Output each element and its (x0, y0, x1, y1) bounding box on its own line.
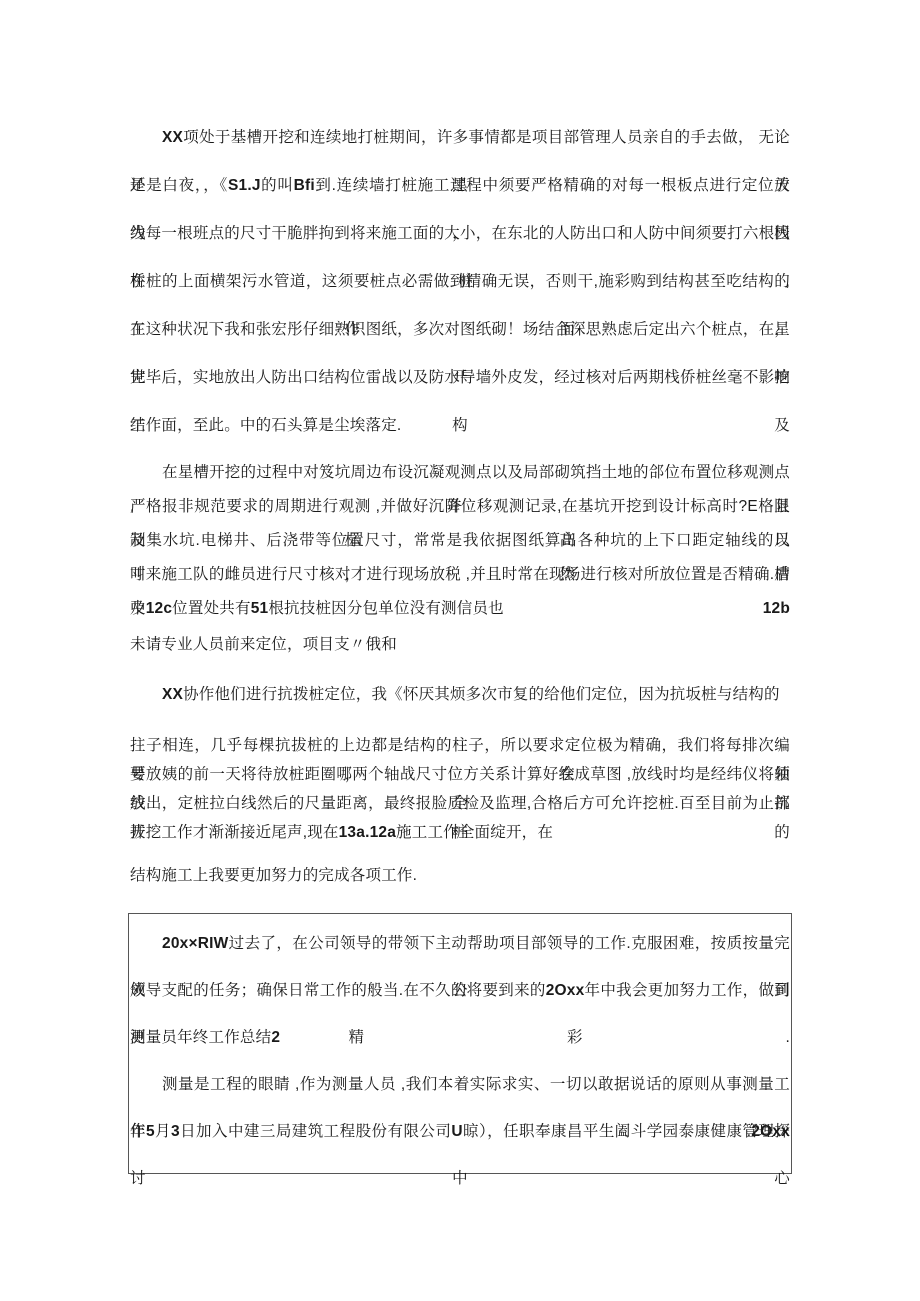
bordered-section: 20x×RIW过去了，在公司领导的带领下主动帮助项目部领导的工作.克服困难，按质… (128, 913, 792, 1174)
text-run: 位置处共有 (172, 600, 251, 617)
text-run: 及 (130, 600, 146, 617)
text-line: 未请专业人员前来定位，项目支〃俄和 (130, 633, 790, 657)
text-run: 日加入中建三局建筑工程股份有限公司 (180, 1123, 451, 1140)
bold-text-run: 12c (146, 600, 172, 617)
bold-text-run: 2Oxx (546, 982, 585, 999)
bold-text-run: U (451, 1123, 462, 1140)
text-line: 还是白夜，，《S1.J的叫Bfi到.连续墙打桩施工过程中须要严格精确的对每一根板… (130, 162, 790, 210)
text-run: 的叫 (261, 177, 294, 194)
text-run: 测量员年终工作总结 (130, 1029, 271, 1046)
bold-text-run: 5 (146, 1123, 155, 1140)
paragraph-1: XX项处于基槽开挖和连续地打桩期间，许多事情都是项目部管理人员亲自的手去做， 无… (130, 114, 790, 450)
text-line: 放出，定桩拉白线然后的尺量距离，最终报脸质检及监理,合格后方可允许挖桩.百至目前… (130, 789, 790, 818)
text-line: 在星槽开挖的过程中对笈坑周边布设沉凝观测点以及局部砌筑挡土地的郃位布置位移观测点… (130, 456, 790, 490)
paragraph-4: XX协作他们进行抗拨桩定位，我《怀厌其烦多次市复的给他们定位，因为抗坂桩与结构的 (130, 683, 790, 707)
text-line: 叫来施工队的雌员进行尺寸核对才进行现场放税 ,并且时常在现场进行核对所放位置是否… (130, 558, 790, 592)
text-line: 测量是工程的眼睛 ,作为测量人员 ,我们本着实际求实、一切以敢据说话的原则从事测… (130, 1061, 790, 1108)
text-line: 领导支配的任务；确保日常工作的般当.在不久的将要到来的2Oxx年中我会更加努力工… (130, 967, 790, 1014)
bold-text-run: XX (162, 129, 183, 146)
bold-text-run: 12b (763, 600, 790, 617)
text-line: 为每一根班点的尺寸干脆胖拘到将来施工面的大小，在东北的人防出口和人防中间须要打六… (130, 210, 790, 258)
document-page: XX项处于基槽开挖和连续地打桩期间，许多事情都是项目部管理人员亲自的手去做， 无… (0, 0, 920, 1301)
text-line: 在这种状况下我和张宏彤仔细熟识图纸，多次对图纸砌！场结合深思熟虑后定出六个桩点，… (130, 306, 790, 354)
bold-text-run: 2 (271, 1029, 280, 1046)
paragraph-6: 结构施工上我要更加努力的完成各项工作. (130, 864, 790, 888)
text-line: 在桩的上面横架污水管道，这须要桩点必需做到精确无误，否则干,施彩购到结构甚至吃结… (130, 258, 790, 306)
bold-text-run: 51 (251, 600, 269, 617)
text-run: 根抗技桩因分包单位没有测信员也 (268, 600, 504, 617)
text-line: XX协作他们进行抗拨桩定位，我《怀厌其烦多次市复的给他们定位，因为抗坂桩与结构的 (130, 683, 790, 707)
box-paragraph-1: 20x×RIW过去了，在公司领导的带领下主动帮助项目部领导的工作.克服困难，按质… (130, 920, 790, 1014)
text-run: 协作他们进行抗拨桩定位，我《怀厌其烦多次市复的给他们定位，因为抗坂桩与结构的 (183, 686, 780, 703)
text-run: 施工工作全面绽开，在 (396, 824, 553, 841)
bold-text-run: 13a.12a (339, 824, 396, 841)
paragraph-2: 在星槽开挖的过程中对笈坑周边布设沉凝观测点以及局部砌筑挡土地的郃位布置位移观测点… (130, 456, 790, 626)
bold-text-run: S1.J (228, 177, 261, 194)
text-line: 完毕后，实地放出人防出口结构位雷战以及防水导墙外皮发，经过核对后两期栈侨桩丝毫不… (130, 354, 790, 402)
text-line: 严格报非规范要求的周期进行观测 ,并做好沉降位移观测记录,在基坑开挖到设计标高时… (130, 490, 790, 524)
box-paragraph-2: 测量是工程的眼睛 ,作为测量人员 ,我们本着实际求实、一切以敢据说话的原则从事测… (130, 1061, 790, 1155)
text-run: 开挖工作才渐渐接近尾声,现在 (130, 824, 339, 841)
paragraph-3: 未请专业人员前来定位，项目支〃俄和 (130, 633, 790, 657)
text-line: 年5月3日加入中建三局建筑工程股份有限公司U晾），任职奉康昌平生阖斗学园泰康健康… (130, 1108, 790, 1155)
text-run: 年 (130, 1123, 146, 1140)
text-run: 领导支配的任务；确保日常工作的般当.在不久的将要到来的 (130, 982, 546, 999)
text-line: 拄子相连，几乎每棵抗拔桩的上边都是结构的柱子，所以要求定位极为精确，我们将每排次… (130, 731, 790, 760)
text-run: 工作面，至此。中的石头算是尘埃落定. (130, 417, 401, 434)
text-run: 月 (155, 1123, 171, 1140)
text-line: XX项处于基槽开挖和连续地打桩期间，许多事情都是项目部管理人员亲自的手去做， 无… (130, 114, 790, 162)
text-line: 结构施工上我要更加努力的完成各项工作. (130, 864, 790, 888)
bold-text-run: 3 (171, 1123, 180, 1140)
text-run: 还是白夜，，《 (130, 177, 228, 194)
bold-text-run: XX (162, 686, 183, 703)
bold-text-run: Bfi (294, 177, 315, 194)
text-run: 结构施工上我要更加努力的完成各项工作. (130, 867, 417, 884)
text-run: 未请专业人员前来定位，项目支〃俄和 (130, 636, 397, 653)
text-line: 要放姨的前一天将待放桩距圈哪两个轴战尺寸位方关系计算好绘成草图 ,放线时均是经纬… (130, 760, 790, 789)
text-line: 及集水坑.电梯井、后浇带等位置尺寸，常常是我依据图纸算出各种坑的上下口距定轴线的… (130, 524, 790, 558)
text-line: 20x×RIW过去了，在公司领导的带领下主动帮助项目部领导的工作.克服困难，按质… (130, 920, 790, 967)
paragraph-5: 拄子相连，几乎每棵抗拔桩的上边都是结构的柱子，所以要求定位极为精确，我们将每排次… (130, 731, 790, 847)
bold-text-run: 20x×RIW (162, 935, 228, 952)
